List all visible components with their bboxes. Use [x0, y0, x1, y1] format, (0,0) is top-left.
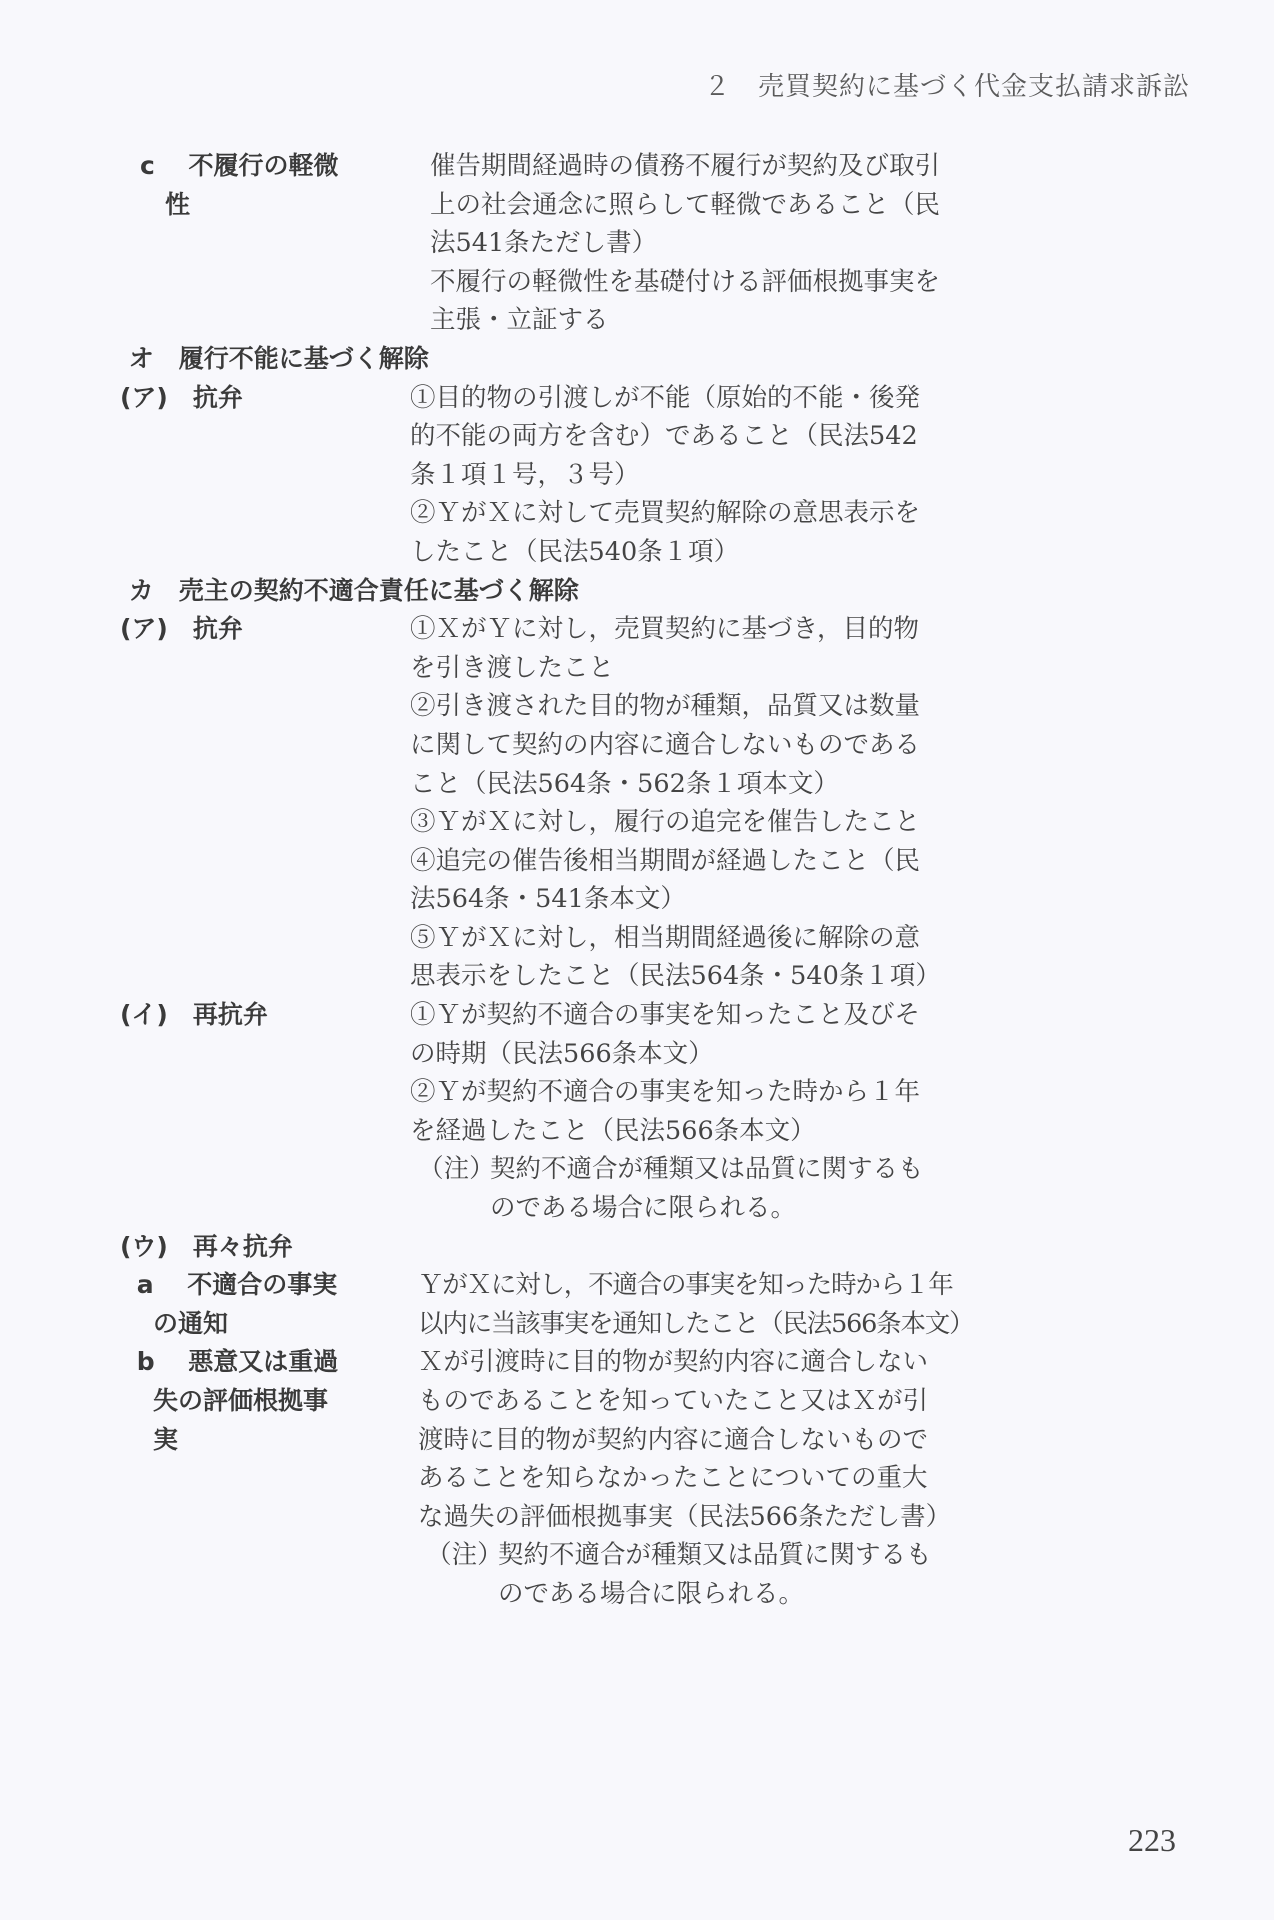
section-ka-u-b-label: b 悪意又は重過 失の評価根拠事 実 [120, 1343, 418, 1613]
section-ka-u-a-body: ＹがＸに対し，不適合の事実を知った時から１年 以内に当該事実を通知したこと（民法… [418, 1266, 966, 1343]
label-line: a 不適合の事実 [128, 1266, 418, 1305]
body-line: ④追完の催告後相当期間が経過したこと（民 [410, 842, 958, 881]
body-line: ③ＹがＸに対し，履行の追完を催告したこと [410, 803, 958, 842]
body-line: を経過したこと（民法566条本文） [410, 1112, 958, 1151]
note-line: のである場合に限られる。 [498, 1575, 966, 1614]
section-o-a-body: ①目的物の引渡しが不能（原始的不能・後発 的不能の両方を含む）であること（民法5… [410, 379, 958, 572]
section-o-a: (ア) 抗弁 ①目的物の引渡しが不能（原始的不能・後発 的不能の両方を含む）であ… [120, 379, 970, 572]
body-line: 渡時に目的物が契約内容に適合しないもので [418, 1421, 966, 1460]
note-text: 契約不適合が種類又は品質に関するも のである場合に限られる。 [498, 1536, 966, 1613]
body-line: 催告期間経過時の債務不履行が契約及び取引 [430, 147, 978, 186]
section-ka-i-body: ①Ｙが契約不適合の事実を知ったこと及びそ の時期（民法566条本文） ②Ｙが契約… [410, 996, 958, 1228]
page-content: c 不履行の軽微 性 催告期間経過時の債務不履行が契約及び取引 上の社会通念に照… [120, 147, 970, 1614]
body-line: 以内に当該事実を通知したこと（民法566条本文） [418, 1305, 966, 1344]
body-line: 的不能の両方を含む）であること（民法542 [410, 417, 958, 456]
note-mark: （注） [410, 1150, 490, 1227]
body-line: 条１項１号，３号） [410, 456, 958, 495]
note-mark: （注） [418, 1536, 498, 1613]
body-line: ②Ｙが契約不適合の事実を知った時から１年 [410, 1073, 958, 1112]
body-line: ＹがＸに対し，不適合の事実を知った時から１年 [418, 1266, 966, 1305]
body-line: 主張・立証する [430, 301, 978, 340]
body-line: の時期（民法566条本文） [410, 1035, 958, 1074]
section-ka-a-label: (ア) 抗弁 [120, 610, 410, 996]
section-ka-i-label: (イ) 再抗弁 [120, 996, 410, 1228]
note-text: 契約不適合が種類又は品質に関するも のである場合に限られる。 [490, 1150, 958, 1227]
label-line: b 悪意又は重過 [128, 1343, 418, 1382]
section-o-heading: オ 履行不能に基づく解除 [120, 340, 970, 379]
body-line: に関して契約の内容に適合しないものである [410, 726, 958, 765]
section-ka-a-body: ①ＸがＹに対し，売買契約に基づき，目的物 を引き渡したこと ②引き渡された目的物… [410, 610, 958, 996]
body-line: な過失の評価根拠事実（民法566条ただし書） [418, 1498, 966, 1537]
section-c-label: c 不履行の軽微 性 [120, 147, 430, 340]
body-line: ①ＸがＹに対し，売買契約に基づき，目的物 [410, 610, 958, 649]
body-line: Ｘが引渡時に目的物が契約内容に適合しない [418, 1343, 966, 1382]
body-line: 上の社会通念に照らして軽微であること（民 [430, 186, 978, 225]
body-line: 法541条ただし書） [430, 224, 978, 263]
body-line: したこと（民法540条１項） [410, 533, 958, 572]
page-number: 223 [1128, 1822, 1176, 1859]
section-ka-a: (ア) 抗弁 ①ＸがＹに対し，売買契約に基づき，目的物 を引き渡したこと ②引き… [120, 610, 970, 996]
section-ka-u-a-label: a 不適合の事実 の通知 [120, 1266, 418, 1343]
section-c: c 不履行の軽微 性 催告期間経過時の債務不履行が契約及び取引 上の社会通念に照… [120, 147, 970, 340]
label-line: 実 [128, 1421, 418, 1460]
body-line: こと（民法564条・562条１項本文） [410, 765, 958, 804]
note: （注） 契約不適合が種類又は品質に関するも のである場合に限られる。 [418, 1536, 966, 1613]
body-line: 思表示をしたこと（民法564条・540条１項） [410, 957, 958, 996]
section-ka-heading: カ 売主の契約不適合責任に基づく解除 [120, 572, 970, 611]
section-ka-u-b: b 悪意又は重過 失の評価根拠事 実 Ｘが引渡時に目的物が契約内容に適合しない … [120, 1343, 970, 1613]
section-ka-u-a: a 不適合の事実 の通知 ＹがＸに対し，不適合の事実を知った時から１年 以内に当… [120, 1266, 970, 1343]
body-line: 法564条・541条本文） [410, 880, 958, 919]
body-line: あることを知らなかったことについての重大 [418, 1459, 966, 1498]
note-line: 契約不適合が種類又は品質に関するも [498, 1536, 966, 1575]
note-line: 契約不適合が種類又は品質に関するも [490, 1150, 958, 1189]
body-line: ①目的物の引渡しが不能（原始的不能・後発 [410, 379, 958, 418]
body-line: ②引き渡された目的物が種類，品質又は数量 [410, 687, 958, 726]
note: （注） 契約不適合が種類又は品質に関するも のである場合に限られる。 [410, 1150, 958, 1227]
label-line: c 不履行の軽微 [140, 147, 430, 186]
running-head: ２ 売買契約に基づく代金支払請求訴訟 [704, 66, 1190, 103]
note-line: のである場合に限られる。 [490, 1189, 958, 1228]
label-line: の通知 [128, 1305, 418, 1344]
body-line: ②ＹがＸに対して売買契約解除の意思表示を [410, 494, 958, 533]
section-ka-u-b-body: Ｘが引渡時に目的物が契約内容に適合しない ものであることを知っていたこと又はＸが… [418, 1343, 966, 1613]
section-o-a-label: (ア) 抗弁 [120, 379, 410, 572]
body-line: を引き渡したこと [410, 649, 958, 688]
body-line: ⑤ＹがＸに対し，相当期間経過後に解除の意 [410, 919, 958, 958]
section-ka-i: (イ) 再抗弁 ①Ｙが契約不適合の事実を知ったこと及びそ の時期（民法566条本… [120, 996, 970, 1228]
section-ka-u-heading: (ウ) 再々抗弁 [120, 1228, 970, 1267]
section-c-body: 催告期間経過時の債務不履行が契約及び取引 上の社会通念に照らして軽微であること（… [430, 147, 978, 340]
label-line: 失の評価根拠事 [128, 1382, 418, 1421]
body-line: 不履行の軽微性を基礎付ける評価根拠事実を [430, 263, 978, 302]
body-line: ①Ｙが契約不適合の事実を知ったこと及びそ [410, 996, 958, 1035]
body-line: ものであることを知っていたこと又はＸが引 [418, 1382, 966, 1421]
label-line: 性 [140, 186, 430, 225]
